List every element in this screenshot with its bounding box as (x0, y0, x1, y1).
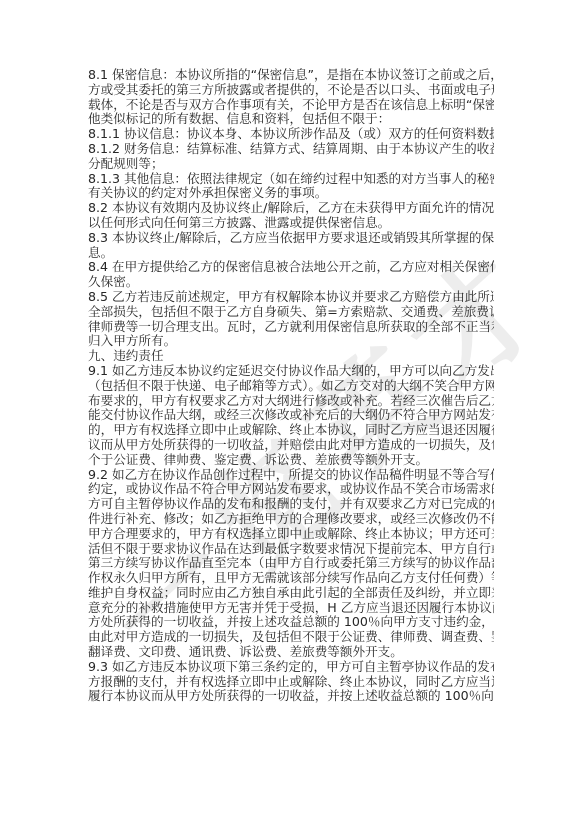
text-line: 翻译费、文印费、通讯费、诉讼费、差旅费等额外开支。 (88, 645, 494, 660)
document-page: 一览英才 8.1 保密信息：本协议所指的“保密信息”，是指在本协议签订之前或之后… (0, 0, 580, 820)
text-line: 久保密。 (88, 275, 494, 290)
text-line: 履行本协议而从甲方处所获得的一切收益，并按上述收益总额的 100％向方支付 (88, 689, 494, 704)
text-line: 维护自身权益；同时应由乙方独自承由此引起的全部责任及纠纷，并立即采取适 (88, 586, 494, 601)
text-line: （包括但不限于快递、电子邮箱等方式）。如乙方交对的大纲不笑合甲方网站发 (88, 379, 494, 394)
text-line: 方报酬的支付，并有权选择立即中止或解除、终止本协议，同时乙方应当退还因 (88, 675, 494, 690)
text-line: 8.1 保密信息：本协议所指的“保密信息”，是指在本协议签订之前或之后，由甲 (88, 68, 494, 83)
text-line: 8.3 本协议终止/解除后，乙方应当依据甲方要求退还或销毁其所掌握的保密信 (88, 231, 494, 246)
text-line: 9.1 如乙方违反本协议约定延迟交付协议作品大纲的，甲方可以向乙方发出继告 (88, 364, 494, 379)
text-line: 能交付协议作品大纲，或经三次修改或补充后的大纲仍不符合甲方网站发布要求 (88, 408, 494, 423)
text-line: 载体，不论是否与双方合作事项有关，不论甲方是否在该信息上标明“保密”或其 (88, 98, 494, 113)
text-line: 他类似标记的所有数据、信息和资料，包括但不限于： (88, 112, 494, 127)
text-line: 律师费等一切合理支出。瓦时，乙方就利用保密信息所获取的全部不正当利益均 (88, 320, 494, 335)
text-line: 8.1.1 协议信息：协议本身、本协议所涉作品及（或）双方的任何资料数据； (88, 127, 494, 142)
text-line: 归入甲方所有。 (88, 334, 494, 349)
text-line: 分配规则等； (88, 157, 494, 172)
text-line: 个于公证费、律帅费、鉴定费、诉讼费、差旅费等额外开支。 (88, 453, 494, 468)
text-line: 有关协议的约定对外承担保密义务的事项。 (88, 186, 494, 201)
text-line: 方可自主暂停协议作品的发布和报酬的支付，并有双要求乙方对已完成的作品稿 (88, 497, 494, 512)
text-line: 方或受其委托的第三方所披露或者提供的，不论是否以口头、书面或电子形式为 (88, 83, 494, 98)
text-line: 件进行补充、修改；如乙方拒绝甲方的合理修改要求，或经三次修改仍不能等合 (88, 512, 494, 527)
text-line: 9.3 如乙方违反本协议项下第三条约定的，甲方可自主暂亭协议作品的发布和乙 (88, 660, 494, 675)
text-line: 全部损失，包括但不限于乙方自身硕失、第=方索赔款、交通费、差旅费诉讼费、 (88, 305, 494, 320)
text-line: 由此对甲方造成的一切损失，及包括但不限于公证费、律师费、调查费、鉴定费、 (88, 630, 494, 645)
text-line: 息。 (88, 246, 494, 261)
text-line: 9.2 如乙方在协议作品创作过程中，所提交的协议作品稿件明显不等合写作大纲 (88, 468, 494, 483)
text-line: 8.1.3 其他信息：依照法律规定（如在缔约过程中知悉的对方当事人的秘密）和 (88, 172, 494, 187)
document-body: 8.1 保密信息：本协议所指的“保密信息”，是指在本协议签订之前或之后，由甲方或… (88, 68, 494, 704)
text-line: 以任何形式向任何第三方披露、泄露或提供保密信息。 (88, 216, 494, 231)
text-line: 8.2 本协议有效期内及协议终止/解除后，乙方在未获得甲方面允许的情况下不得 (88, 201, 494, 216)
text-line: 布要求的，甲方有权要求乙方对大纲进行修改或补充。若经三次催告后乙方仍不 (88, 394, 494, 409)
text-line: 作权永久归甲方所有，且甲方无需就该部分续写作品向乙方支付任何费）等措施 (88, 571, 494, 586)
text-line: 活但不限于要求协议作品在达到最低字数要求情况下提前完本、甲方自行或委托 (88, 542, 494, 557)
text-line: 8.1.2 财务信息：结算标准、结算方式、结算周期、由于本协议产生的收益及其 (88, 142, 494, 157)
text-line: 的，甲方有权选择立即中止或解除、终止本协议，同时乙方应当退还因履行本协 (88, 423, 494, 438)
text-line: 第三方续写协议作品直至完本（由甲方自行或委托第三方续写的协议作品部分著 (88, 556, 494, 571)
text-line: 甲方合理要求的，甲方有权选择立即中止或解除、终止本协议；甲方还可采取包 (88, 527, 494, 542)
text-line: 约定，或协议作品不符合甲方网站发布要求，或协议作品不笑合市场需求的，甲 (88, 482, 494, 497)
text-line: 九、违约责任 (88, 349, 494, 364)
text-line: 议而从甲方处所获得的一切收益，并赔偿由此对甲方造成的一切损失，及包括但 (88, 438, 494, 453)
text-line: 意充分的补救措施使甲方无害并凭于受损，H 乙方应当退还因履行本协议而从甲 (88, 601, 494, 616)
text-line: 8.5 乙方若违反前述规定，甲方有权解除本协议并要求乙方赔偿方由此所遭受的 (88, 290, 494, 305)
text-line: 8.4 在甲方提供给乙方的保密信息被合法地公开之前，乙方应对相关保密信息永 (88, 260, 494, 275)
text-line: 方处所获得的一切收益，并按上述攻益总额的 100％向甲方支寸违约金，并赔偿 (88, 615, 494, 630)
